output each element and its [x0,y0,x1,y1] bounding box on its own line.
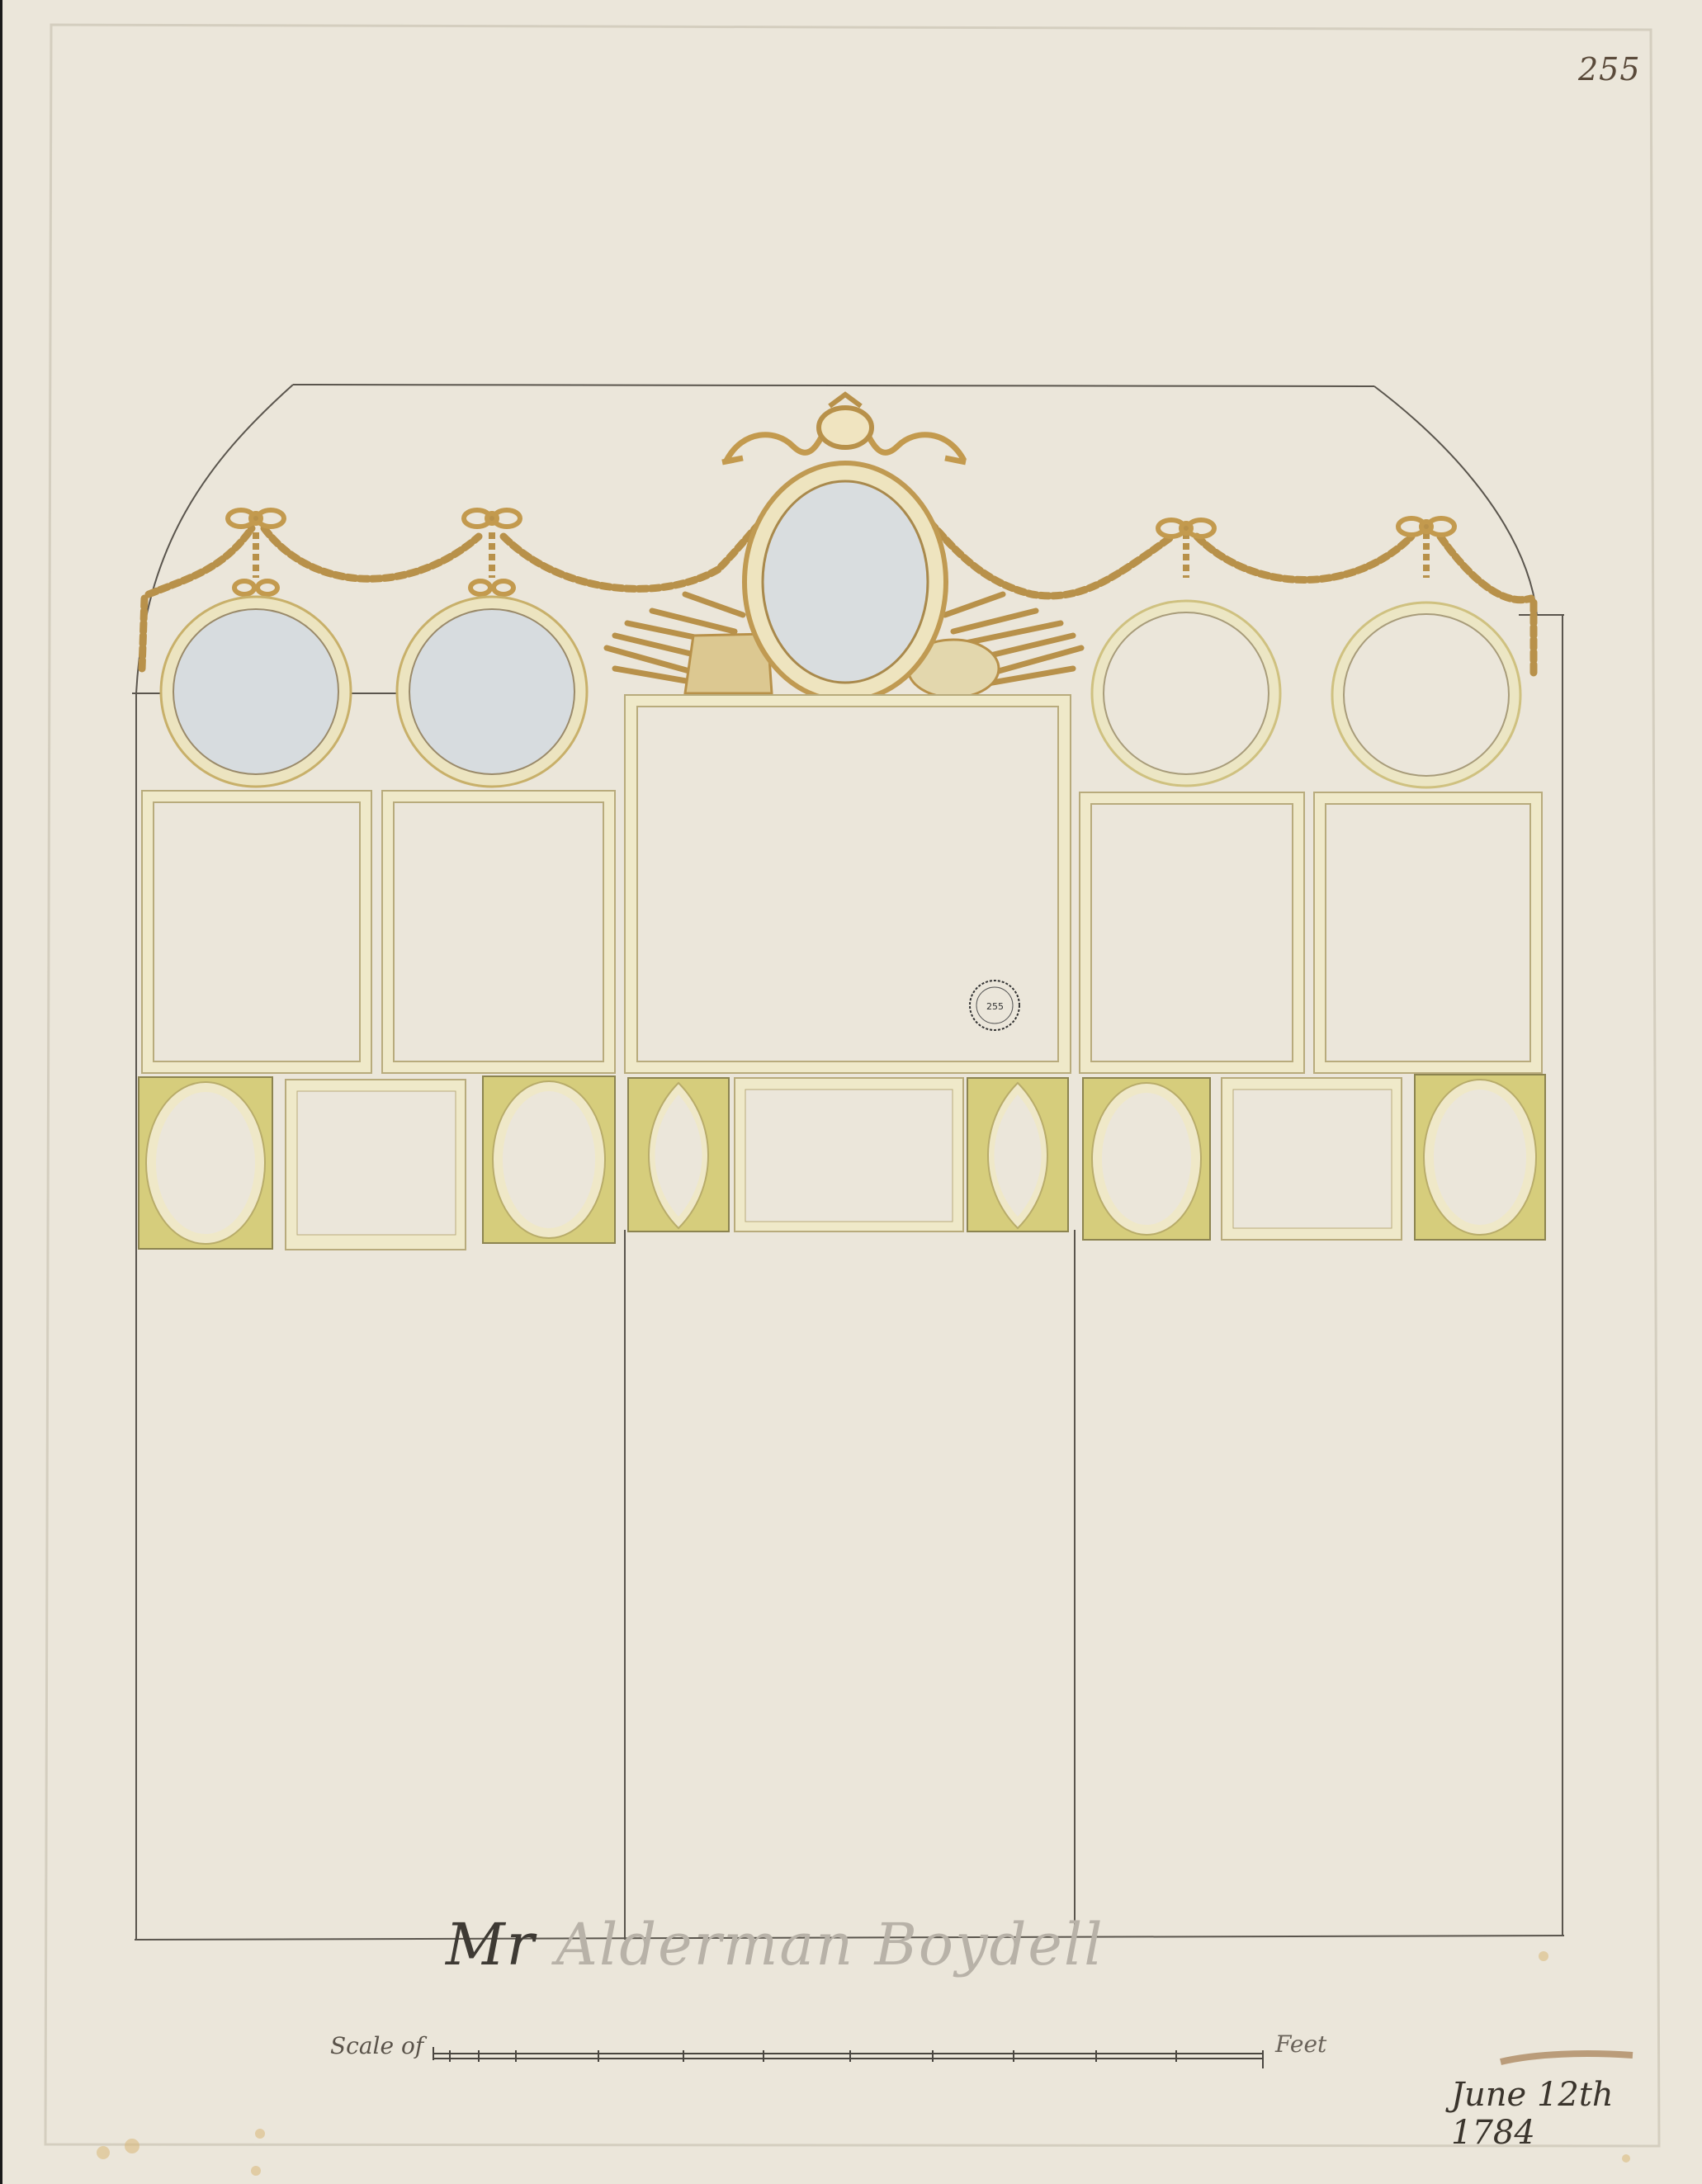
client-name: Alderman Boydell [556,1911,1104,1978]
crest-medallion [819,408,872,447]
elevation-drawing: 255 [0,0,1702,2184]
roundel-4 [1332,603,1520,787]
client-prefix: Mr [446,1911,536,1978]
lower-row-frames [139,1075,1545,1250]
roundel-3 [1092,601,1280,786]
drawing-date: June 12th 1784 [1451,2076,1702,2152]
drawing-sheet: 255 [0,0,1702,2184]
central-trophy [607,395,1081,701]
folio-number: 255 [1578,51,1641,87]
middle-row-frames [142,695,1542,1073]
crossed-out-inscription [1501,2054,1633,2062]
roundel-2 [397,597,587,787]
scale-label: Scale of [330,2032,423,2059]
oval-mirror-glass [763,481,928,683]
scale-bar [433,2047,1263,2068]
client-inscription: Mr Alderman Boydell [446,1911,1104,1978]
foxing-stains [97,1951,1630,2176]
scale-unit-label: Feet [1275,2030,1326,2058]
svg-text:255: 255 [986,1001,1004,1012]
roundel-1 [161,597,351,787]
